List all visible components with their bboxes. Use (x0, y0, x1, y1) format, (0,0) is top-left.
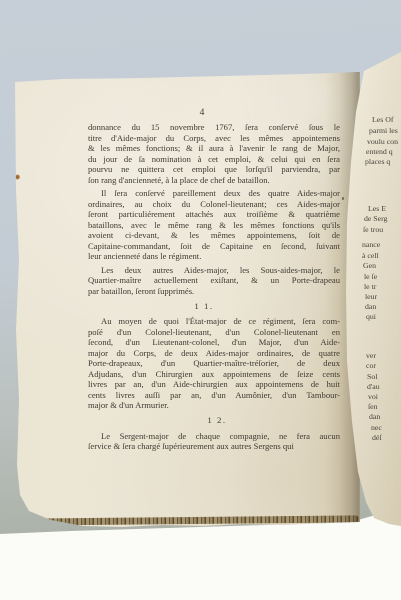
next-page-text-fragment: entend q (366, 148, 393, 156)
photo-scene: 4 donnance du 15 novembre 1767, ſera con… (0, 0, 401, 600)
text-line: donnance du 15 novembre 1767, ſera conſe… (88, 122, 340, 133)
paragraph: Au moyen de quoi l'État-major de ce régi… (88, 316, 340, 411)
text-line: leur ancienneté dans le régiment. (88, 251, 340, 262)
text-line: par bataillon, ſeront ſupprimés. (88, 286, 340, 297)
paragraph: donnance du 15 novembre 1767, ſera conſe… (88, 122, 340, 185)
next-page-text-fragment: Les Of (372, 116, 393, 124)
text-line: ſervice & ſera chargé ſupérieurement aux… (88, 441, 340, 452)
page-number: 4 (76, 108, 328, 119)
next-page-text-fragment: ſe trou (363, 226, 383, 234)
text-line: pourvu ne quittera cet emploi que lorſqu… (88, 164, 340, 175)
next-page-text-fragment: ver (366, 352, 376, 360)
text-line: ordinaires, au choix du Colonel-lieutena… (88, 199, 340, 210)
text-line: ſon rang d'ancienneté, à la place de che… (88, 175, 340, 186)
next-page-text-fragment: cor (366, 362, 376, 370)
text-line: major & d'un Armurier. (88, 400, 340, 411)
paragraph: Les deux autres Aides-major, les Sous-ai… (88, 265, 340, 297)
book-page: 4 donnance du 15 novembre 1767, ſera con… (13, 70, 360, 535)
next-page-text-fragment: le tr (364, 283, 376, 291)
next-page-text-fragment: places q (365, 158, 390, 166)
text-line: cents livres auſſi par an, d'un Aumônier… (88, 390, 340, 401)
text-line: titre d'Aide-major du Corps, avec les mê… (88, 133, 340, 144)
next-page-text-fragment: dan (365, 303, 376, 311)
text-line: Capitaine-commandant, ſoit de Capitaine … (88, 241, 340, 252)
text-line: bataillons, avec le même rang & les même… (88, 220, 340, 231)
next-page-text-fragment: nec (371, 424, 382, 432)
next-page-text-fragment: d'au (367, 383, 380, 391)
text-line: Il ſera conſervé pareillement deux des q… (88, 188, 340, 199)
text-line: Quartier-maître actuellement exiſtant, &… (88, 275, 340, 286)
next-page-text-fragment: nance (362, 241, 380, 249)
next-page-text-fragment: le ſe (364, 273, 377, 281)
section-number: 1 2. (91, 415, 343, 425)
text-line: Adjudans, d'un Chirurgien aux appointeme… (88, 369, 340, 380)
text-line: Le Sergent-major de chaque compagnie, ne… (88, 431, 340, 442)
next-page-text-fragment: Sol (367, 373, 377, 381)
text-line: Porte-drapeaux, d'un Quartier-maître-tré… (88, 358, 340, 369)
text-line: Les deux autres Aides-major, les Sous-ai… (88, 265, 340, 276)
page-paragraphs: donnance du 15 novembre 1767, ſera conſe… (88, 122, 340, 452)
next-page-text-fragment: qui (366, 313, 376, 321)
next-page-text-fragment: à cell (362, 252, 379, 260)
next-page-text-fragment: de Serg (364, 215, 387, 223)
paragraph: Il ſera conſervé pareillement deux des q… (88, 188, 340, 262)
text-line: major du Corps, de deux Aides-major ordi… (88, 348, 340, 359)
text-line: livres par an, d'un Aide-chirurgien aux … (88, 379, 340, 390)
paragraph: Le Sergent-major de chaque compagnie, ne… (88, 431, 340, 452)
text-line: & les mêmes fonctions; & il aura à l'ave… (88, 143, 340, 154)
text-line: ſecond, d'un Lieutenant-colonel, d'un Ma… (88, 337, 340, 348)
next-page-text-fragment: voi (368, 393, 378, 401)
text-line: Au moyen de quoi l'État-major de ce régi… (88, 316, 340, 327)
next-page-text-fragment: parmi les (369, 127, 398, 135)
text-line: avoient ci-devant, & les mêmes appointem… (88, 230, 340, 241)
next-page-text-fragment: Gen (363, 262, 376, 270)
section-number: 1 1. (78, 301, 330, 311)
page-text-block: 4 donnance du 15 novembre 1767, ſera con… (88, 108, 340, 455)
next-page-text-fragment: déſ (372, 434, 382, 442)
text-line: du jour de ſa nomination à cet emploi, &… (88, 154, 340, 165)
next-page-text-fragment: leur (365, 293, 377, 301)
text-line: poſé d'un Colonel-lieutenant, d'un Colon… (88, 327, 340, 338)
next-page-text-fragment: ſen (368, 403, 378, 411)
next-page-text-fragment: Les E (368, 205, 386, 213)
text-line: ſeront particuliérement attachés aux tro… (88, 209, 340, 220)
next-page-text-fragment: voulu con (367, 138, 398, 146)
next-page-text-fragment: dan (369, 413, 380, 421)
